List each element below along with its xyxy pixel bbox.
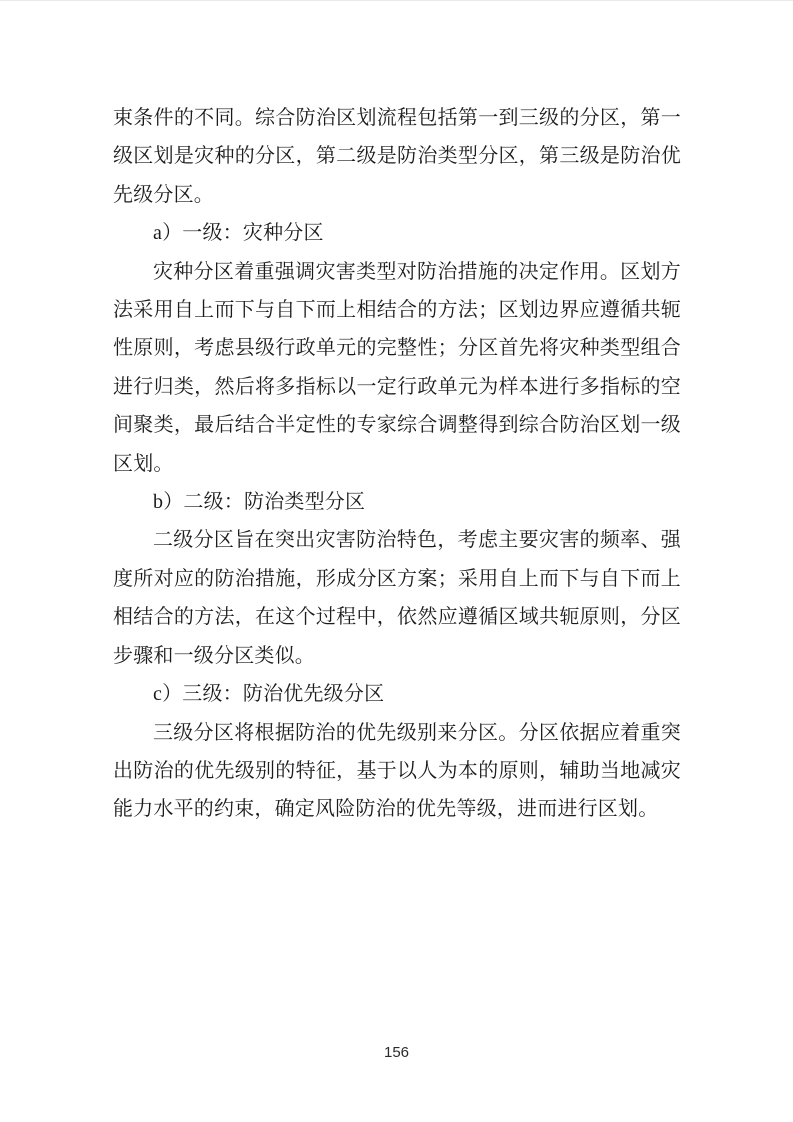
- body-text-block: 束条件的不同。综合防治区划流程包括第一到三级的分区，第一级区划是灾种的分区，第二…: [113, 99, 681, 829]
- page-top-edge: [0, 0, 793, 1]
- section-body-b: 二级分区旨在突出灾害防治特色，考虑主要灾害的频率、强度所对应的防治措施，形成分区…: [113, 521, 681, 675]
- document-page: 束条件的不同。综合防治区划流程包括第一到三级的分区，第一级区划是灾种的分区，第二…: [0, 0, 793, 1122]
- section-heading-c: c）三级：防治优先级分区: [113, 675, 681, 713]
- section-body-c: 三级分区将根据防治的优先级别来分区。分区依据应着重突出防治的优先级别的特征，基于…: [113, 714, 681, 829]
- section-body-a: 灾种分区着重强调灾害类型对防治措施的决定作用。区划方法采用自上而下与自下而上相结…: [113, 253, 681, 483]
- section-heading-a: a）一级：灾种分区: [113, 214, 681, 252]
- page-number: 156: [0, 1044, 793, 1061]
- paragraph-continuation: 束条件的不同。综合防治区划流程包括第一到三级的分区，第一级区划是灾种的分区，第二…: [113, 99, 681, 214]
- section-heading-b: b）二级：防治类型分区: [113, 483, 681, 521]
